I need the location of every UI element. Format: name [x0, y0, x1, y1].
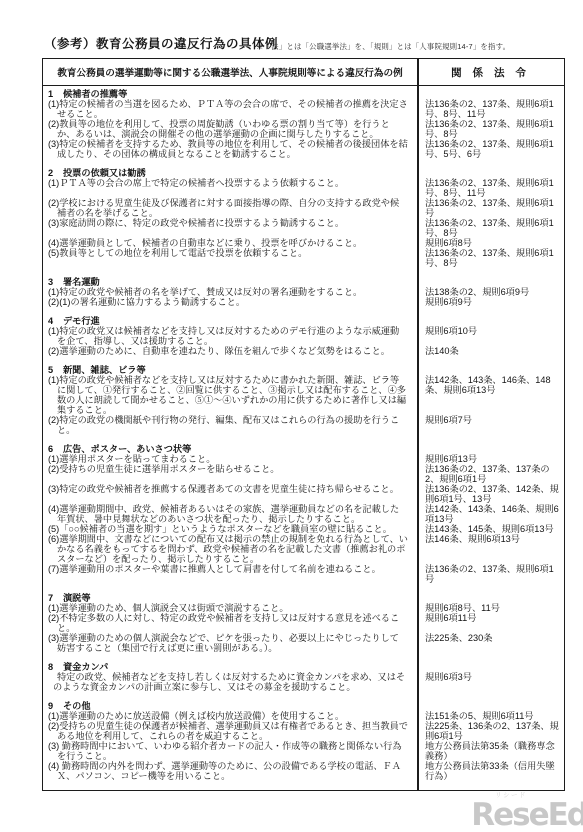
violation-item-text: (1)選挙運動のために放送設備（例えば校内放送設備）を使用すること。 [43, 711, 417, 721]
related-law: 規則6項8号、11号 [417, 603, 564, 613]
related-law: 法136条の2、137条、規則6項1号、8号 [417, 218, 564, 238]
header-examples-column: 教育公務員の選挙運動等に関する公職選挙法、人事院規則等による違反行為の例 [43, 65, 417, 79]
related-law: 法136条の2、137条、規則6項1号 [417, 564, 564, 584]
violation-item-text: (1)特定の政党や候補者の名を挙げて、賛成又は反対の署名運動をすること。 [43, 287, 417, 297]
section-number: 8 [48, 662, 63, 672]
related-law: 法146条、規則6項13号 [417, 534, 564, 544]
section-heading: 4デモ行進 [43, 316, 417, 326]
legend-note: ※「法」とは「公職選挙法」を、「規則」とは「人事院規則14-7」を指す。 [256, 41, 510, 52]
section-title: 新聞、雑誌、ビラ等 [63, 365, 146, 375]
section-title: 署名運動 [63, 277, 100, 287]
violation-item-text: (5)教員等としての地位を利用して電話で投票を依頼すること。 [43, 248, 417, 258]
related-law: 規則6項11号 [417, 613, 564, 623]
violation-item-text: (5)「○○候補者の当選を期す」というようなポスターなどを職員室の壁に貼ること。 [43, 524, 417, 534]
violation-item-text: (2)学校における児童生徒及び保護者に対する面接指導の際、自分の支持する政党や候… [43, 198, 417, 218]
violation-item-text: (2)教員等の地位を利用して、投票の周旋勧誘（いわゆる票の割り当て等）を行うとか… [43, 119, 417, 139]
table-body: 1候補者の推薦等(1)特定の候補者の当選を図るため、ＰＴＡ等の会合の席で、その候… [43, 86, 564, 781]
related-law: 法225条、230条 [417, 633, 564, 643]
section-title: デモ行進 [63, 316, 100, 326]
related-law: 法138条の2、規則6項9号 [417, 287, 564, 297]
related-law: 法136条の2、137条、規則6項1号、8号、11号 [417, 99, 564, 119]
section: 3署名運動(1)特定の政党や候補者の名を挙げて、賛成又は反対の署名運動をすること… [43, 277, 564, 307]
violation-item-text: (2)不特定多数の人に対し、特定の政党や候補者を支持し又は反対する意見を述べるこ… [43, 613, 417, 633]
section: 6広告、ポスター、あいさつ状等(1)選挙用ポスターを貼ってまわること。規則6項1… [43, 444, 564, 584]
document-page: （参考）教育公務員の違反行為の具体例 ※「法」とは「公職選挙法」を、「規則」とは… [0, 0, 583, 832]
related-law: 法136条の2、137条、142条、規則6項1号、13号 [417, 484, 564, 504]
section-heading: 9その他 [43, 701, 417, 711]
section-title: 資金カンパ [63, 662, 108, 672]
section-title: 広告、ポスター、あいさつ状等 [63, 444, 191, 454]
violation-item-text: (1)特定の政党又は候補者などを支持し又は反対するためのデモ行進のような示威運動… [43, 326, 417, 346]
section-number: 2 [48, 168, 63, 178]
section-title: その他 [63, 701, 91, 711]
related-law: 法151条の5、規則6項11号 [417, 711, 564, 721]
violation-item-text: (2)(1)の署名運動に協力するよう勧誘すること。 [43, 297, 417, 307]
violation-item-text: (3)家庭訪問の際に、特定の政党や候補者に投票するよう勧誘すること。 [43, 218, 417, 228]
section-number: 3 [48, 277, 63, 287]
header-laws-column: 関 係 法 令 [417, 65, 564, 80]
section: 8資金カンパ特定の政党、候補者などを支持し若しくは反対するために資金カンパを求め… [43, 662, 564, 692]
section: 4デモ行進(1)特定の政党又は候補者などを支持し又は反対するためのデモ行進のよう… [43, 316, 564, 356]
violation-item-text: (6)選挙期間中、文書などについての配布又は掲示の禁止の規制を免れる行為として、… [43, 534, 417, 564]
violation-item-text: (1)特定の候補者の当選を図るため、ＰＴＡ等の会合の席で、その候補者の推薦を決定… [43, 99, 417, 119]
related-law: 規則6項10号 [417, 326, 564, 336]
section-number: 9 [48, 701, 63, 711]
violation-item-text: (3)選挙運動のための個人演説会などで、ピケを張ったり、必要以上にやじったりして… [43, 633, 417, 653]
section-number: 4 [48, 316, 63, 326]
related-law: 法142条、143条、146条、規則6項13号 [417, 504, 564, 524]
section-heading: 3署名運動 [43, 277, 417, 287]
section-heading: 5新聞、雑誌、ビラ等 [43, 365, 417, 375]
section-number: 1 [48, 89, 63, 99]
violation-item-text: (4)選挙運動員として、候補者の自動車などに乗り、投票を呼びかけること。 [43, 238, 417, 248]
violation-item-text: (1)選挙用ポスターを貼ってまわること。 [43, 454, 417, 464]
violation-item-text: (1)特定の政党や候補者などを支持し又は反対するために書かれた新聞、雑誌、ビラ等… [43, 375, 417, 415]
related-law: 法136条の2、137条、規則6項1号、8号 [417, 248, 564, 268]
related-law: 法140条 [417, 346, 564, 356]
related-law: 法136条の2、137条、規則6項1号、8号 [417, 119, 564, 139]
section-number: 6 [48, 444, 63, 454]
related-law: 法143条、145条、規則6項13号 [417, 524, 564, 534]
violation-item-text: (2)受持ちの児童生徒に選挙用ポスターを貼らせること。 [43, 464, 417, 474]
related-law: 規則6項8号 [417, 238, 564, 248]
reseed-logo: ReseEd [471, 800, 583, 831]
violation-item-text: (2)選挙運動のために、自動車を連ねたり、隊伍を組んで歩くなど気勢をはること。 [43, 346, 417, 356]
section-number: 5 [48, 365, 63, 375]
page-title: （参考）教育公務員の違反行為の具体例 [44, 34, 278, 52]
section-title: 演説等 [63, 593, 91, 603]
violations-table: 教育公務員の選挙運動等に関する公職選挙法、人事院規則等による違反行為の例 関 係… [42, 58, 565, 791]
related-law: 法225条、136条の2、137条、規則6項1号 [417, 721, 564, 741]
section: 9その他(1)選挙運動のために放送設備（例えば校内放送設備）を使用すること。法1… [43, 701, 564, 781]
related-law: 規則6項13号 [417, 454, 564, 464]
related-law: 規則6項7号 [417, 415, 564, 425]
related-law: 規則6項3号 [417, 672, 564, 682]
section-number: 7 [48, 593, 63, 603]
related-law: 法136条の2、137条、規則6項1号、5号、6号 [417, 139, 564, 159]
section: 7演説等(1)選挙運動のため、個人演説会又は街頭で演説すること。規則6項8号、1… [43, 593, 564, 653]
related-law: 法136条の2、137条、規則6項1号、8号、11号 [417, 178, 564, 198]
section: 5新聞、雑誌、ビラ等(1)特定の政党や候補者などを支持し又は反対するために書かれ… [43, 365, 564, 435]
violation-item-text: (1)選挙運動のため、個人演説会又は街頭で演説すること。 [43, 603, 417, 613]
violation-item-text: (2)受持ちの児童生徒の保護者が候補者、選挙運動員又は有権者であるとき、担当教員… [43, 721, 417, 741]
section: 1候補者の推薦等(1)特定の候補者の当選を図るため、ＰＴＡ等の会合の席で、その候… [43, 89, 564, 159]
violation-item-text: (3)特定の政党や候補者を推薦する保護者あての文書を児童生徒に持ち帰らせること。 [43, 484, 417, 494]
column-divider [417, 59, 419, 790]
related-law: 地方公務員法第35条（職務専念義務） [417, 741, 564, 761]
violation-item-text: (3) 勤務時間中において、いわゆる紹介者カードの記入・作成等の職務と関係ない行… [43, 741, 417, 761]
violation-item-text: (1)ＰＴＡ等の会合の席上で特定の候補者へ投票するよう依頼すること。 [43, 178, 417, 188]
related-law: 法142条、143条、146条、148条、規則6項13号 [417, 375, 564, 395]
section: 2投票の依頼又は勧誘(1)ＰＴＡ等の会合の席上で特定の候補者へ投票するよう依頼す… [43, 168, 564, 268]
section-heading: 2投票の依頼又は勧誘 [43, 168, 417, 178]
violation-item-text: (2)特定の政党の機関紙や刊行物の発行、編集、配布又はこれらの行為の援助を行うこ… [43, 415, 417, 435]
violation-item-text: 特定の政党、候補者などを支持し若しくは反対するために資金カンパを求め、又はそのよ… [43, 672, 417, 692]
section-title: 候補者の推薦等 [63, 89, 127, 99]
section-heading: 7演説等 [43, 593, 417, 603]
section-heading: 6広告、ポスター、あいさつ状等 [43, 444, 417, 454]
violation-item-text: (3)特定の候補者を支持するため、教員等の地位を利用して、その候補者の後援団体を… [43, 139, 417, 159]
related-law: 規則6項9号 [417, 297, 564, 307]
section-heading: 8資金カンパ [43, 662, 417, 672]
section-title: 投票の依頼又は勧誘 [63, 168, 146, 178]
violation-item-text: (7)選挙運動用のポスターや葉書に推薦人として肩書を付して名前を連ねること。 [43, 564, 417, 574]
related-law: 法136条の2、137条、137条の2、規則6項1号 [417, 464, 564, 484]
related-law: 法136条の2、137条、規則6項1号 [417, 198, 564, 218]
section-heading: 1候補者の推薦等 [43, 89, 417, 99]
related-law: 地方公務員法第33条（信用失墜行為） [417, 761, 564, 781]
violation-item-text: (4) 勤務時間の内外を問わず、選挙運動等のために、公の設備である学校の電話、Ｆ… [43, 761, 417, 781]
table-header-row: 教育公務員の選挙運動等に関する公職選挙法、人事院規則等による違反行為の例 関 係… [43, 59, 564, 86]
violation-item-text: (4)選挙運動期間中、政党、候補者あるいはその家族、選挙運動員などの名を記載した… [43, 504, 417, 524]
